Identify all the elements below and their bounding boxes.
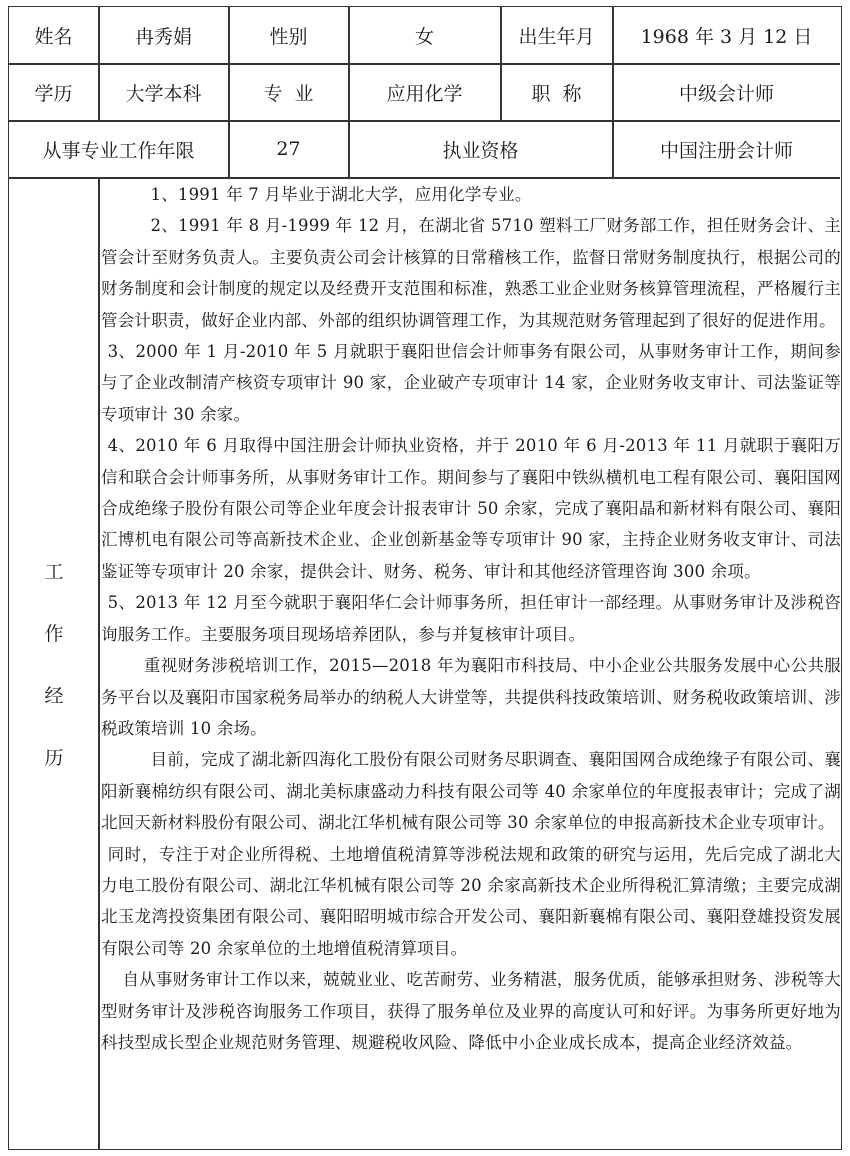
years-label: 从事专业工作年限 [9,121,228,177]
experience-label-char: 作 [44,603,63,665]
birth-label: 出生年月 [501,7,612,63]
experience-label-char: 历 [44,727,63,789]
gender-value: 女 [349,7,500,63]
name-value: 冉秀娟 [99,7,228,63]
experience-paragraph: 重视财务涉税培训工作，2015—2018 年为襄阳市科技局、中小企业公共服务发展… [101,650,841,744]
experience-paragraph: 2、1991 年 8 月-1999 年 12 月，在湖北省 5710 塑料工厂财… [101,210,841,336]
years-value: 27 [229,121,348,177]
qualification-value: 中国注册会计师 [613,121,840,177]
resume-table: 姓名 冉秀娟 性别 女 出生年月 1968 年 3 月 12 日 学历 大学本科… [8,6,842,1150]
experience-paragraph: 4、2010 年 6 月取得中国注册会计师执业资格，并于 2010 年 6 月-… [101,430,841,587]
experience-content: 1、1991 年 7 月毕业于湖北大学，应用化学专业。 2、1991 年 8 月… [101,179,841,1058]
birth-value: 1968 年 3 月 12 日 [613,7,840,63]
experience-paragraph: 1、1991 年 7 月毕业于湖北大学，应用化学专业。 [101,179,841,210]
experience-paragraph: 5、2013 年 12 月至今就职于襄阳华仁会计师事务所，担任审计一部经理。从事… [101,587,841,650]
experience-paragraph: 目前，完成了湖北新四海化工股份有限公司财务尽职调查、襄阳国网合成绝缘子有限公司、… [101,744,841,838]
major-label: 专 业 [229,64,348,120]
experience-paragraph: 自从事财务审计工作以来，兢兢业业、吃苦耐劳、业务精湛，服务优质，能够承担财务、涉… [101,964,841,1058]
qualification-label: 执业资格 [349,121,612,177]
title-label: 职 称 [501,64,612,120]
education-value: 大学本科 [99,64,228,120]
major-value: 应用化学 [349,64,500,120]
name-label: 姓名 [9,7,98,63]
gender-label: 性别 [229,7,348,63]
experience-paragraph: 同时，专注于对企业所得税、土地增值税清算等涉税法规和政策的研究与运用，先后完成了… [101,839,841,965]
experience-paragraph: 3、2000 年 1 月-2010 年 5 月就职于襄阳世信会计师事务有限公司，… [101,336,841,430]
education-label: 学历 [9,64,98,120]
title-value: 中级会计师 [613,64,840,120]
experience-label-char: 经 [44,665,63,727]
experience-label: 工 作 经 历 [9,178,99,1151]
experience-label-char: 工 [44,541,63,603]
